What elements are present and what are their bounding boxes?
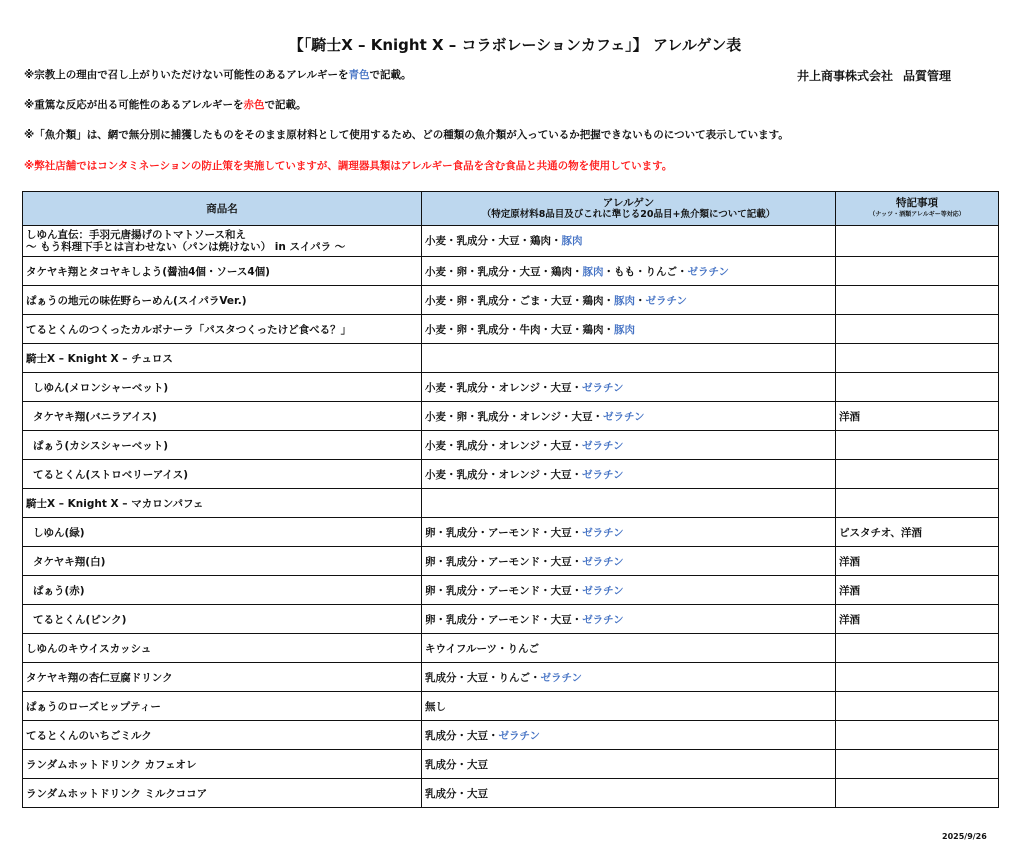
table-row: ランダムホットドリンク ミルクココア 乳成分・大豆	[23, 779, 999, 808]
header-product: 商品名	[23, 192, 422, 226]
notes-cell	[836, 721, 999, 750]
allergen-cell: 卵・乳成分・アーモンド・大豆・ゼラチン	[422, 518, 836, 547]
document-date: 2025/9/26	[942, 832, 987, 841]
product-name: タケヤキ翔の杏仁豆腐ドリンク	[23, 663, 422, 692]
notes-cell	[836, 431, 999, 460]
notes-cell	[836, 489, 999, 518]
table-row: てるとくん(ストロベリーアイス) 小麦・乳成分・オレンジ・大豆・ゼラチン	[23, 460, 999, 489]
allergen-cell: 卵・乳成分・アーモンド・大豆・ゼラチン	[422, 576, 836, 605]
allergen-cell: 乳成分・大豆	[422, 750, 836, 779]
section-blank	[422, 489, 836, 518]
allergen-cell: 卵・乳成分・アーモンド・大豆・ゼラチン	[422, 605, 836, 634]
allergen-cell: 乳成分・大豆・ゼラチン	[422, 721, 836, 750]
product-name: ぱぁうの地元の味佐野らーめん(スイパラVer.)	[23, 286, 422, 315]
notes-cell	[836, 286, 999, 315]
notes-cell: 洋酒	[836, 576, 999, 605]
notes-cell	[836, 779, 999, 808]
allergen-cell: 乳成分・大豆	[422, 779, 836, 808]
product-name: ぱぁう(赤)	[23, 576, 422, 605]
notes-cell: 洋酒	[836, 547, 999, 576]
product-name: ぱぁうのローズヒップティー	[23, 692, 422, 721]
note-severe: ※重篤な反応が出る可能性のあるアレルギーを赤色で記載。	[24, 97, 307, 112]
allergen-cell: 小麦・乳成分・大豆・鶏肉・豚肉	[422, 226, 836, 257]
allergen-cell: 卵・乳成分・アーモンド・大豆・ゼラチン	[422, 547, 836, 576]
notes-cell	[836, 373, 999, 402]
allergen-cell: 小麦・卵・乳成分・大豆・鶏肉・豚肉・もも・りんご・ゼラチン	[422, 257, 836, 286]
table-row: しゆん(メロンシャーベット) 小麦・乳成分・オレンジ・大豆・ゼラチン	[23, 373, 999, 402]
table-row: しゆん(緑) 卵・乳成分・アーモンド・大豆・ゼラチン ピスタチオ、洋酒	[23, 518, 999, 547]
table-row: タケヤキ翔(バニラアイス) 小麦・卵・乳成分・オレンジ・大豆・ゼラチン 洋酒	[23, 402, 999, 431]
product-name: タケヤキ翔(バニラアイス)	[23, 402, 422, 431]
notes-cell: 洋酒	[836, 402, 999, 431]
product-name: しゆん(メロンシャーベット)	[23, 373, 422, 402]
table-row: タケヤキ翔の杏仁豆腐ドリンク 乳成分・大豆・りんご・ゼラチン	[23, 663, 999, 692]
allergen-cell: 乳成分・大豆・りんご・ゼラチン	[422, 663, 836, 692]
section-blank	[422, 344, 836, 373]
table-row: しゆん直伝：手羽元唐揚げのトマトソース和え～ もう料理下手とは言わせない（パンは…	[23, 226, 999, 257]
table-row: ぱぁう(赤) 卵・乳成分・アーモンド・大豆・ゼラチン 洋酒	[23, 576, 999, 605]
allergen-cell: 小麦・卵・乳成分・ごま・大豆・鶏肉・豚肉・ゼラチン	[422, 286, 836, 315]
table-row: タケヤキ翔とタコヤキしよう(醤油4個・ソース4個) 小麦・卵・乳成分・大豆・鶏肉…	[23, 257, 999, 286]
product-name: ランダムホットドリンク カフェオレ	[23, 750, 422, 779]
notes-cell	[836, 344, 999, 373]
section-row: 騎士X – Knight X – マカロンパフェ	[23, 489, 999, 518]
note-seafood: ※「魚介類」は、網で無分別に捕獲したものをそのまま原材料として使用するため、どの…	[24, 127, 789, 142]
allergen-cell: キウイフルーツ・りんご	[422, 634, 836, 663]
header-allergen: アレルゲン（特定原材料8品目及びこれに準じる20品目+魚介類について記載）	[422, 192, 836, 226]
product-name: ランダムホットドリンク ミルクココア	[23, 779, 422, 808]
notes-cell: ピスタチオ、洋酒	[836, 518, 999, 547]
table-row: てるとくん(ピンク) 卵・乳成分・アーモンド・大豆・ゼラチン 洋酒	[23, 605, 999, 634]
section-row: 騎士X – Knight X – チュロス	[23, 344, 999, 373]
notes-cell	[836, 692, 999, 721]
notes-cell	[836, 634, 999, 663]
allergen-cell: 無し	[422, 692, 836, 721]
product-name: てるとくんのいちごミルク	[23, 721, 422, 750]
allergen-cell: 小麦・乳成分・オレンジ・大豆・ゼラチン	[422, 373, 836, 402]
notes-cell	[836, 257, 999, 286]
table-row: ランダムホットドリンク カフェオレ 乳成分・大豆	[23, 750, 999, 779]
header-notes: 特記事項（ナッツ・酒類アレルギー等対応）	[836, 192, 999, 226]
product-name: しゆん(緑)	[23, 518, 422, 547]
allergen-cell: 小麦・卵・乳成分・牛肉・大豆・鶏肉・豚肉	[422, 315, 836, 344]
table-row: タケヤキ翔(白) 卵・乳成分・アーモンド・大豆・ゼラチン 洋酒	[23, 547, 999, 576]
table-row: ぱぁうの地元の味佐野らーめん(スイパラVer.) 小麦・卵・乳成分・ごま・大豆・…	[23, 286, 999, 315]
notes-cell	[836, 460, 999, 489]
table-header-row: 商品名 アレルゲン（特定原材料8品目及びこれに準じる20品目+魚介類について記載…	[23, 192, 999, 226]
product-name: てるとくんのつくったカルボナーラ「パスタつくったけど食べる？」	[23, 315, 422, 344]
notes-cell	[836, 750, 999, 779]
notes-cell	[836, 226, 999, 257]
product-name: タケヤキ翔(白)	[23, 547, 422, 576]
product-name: しゆんのキウイスカッシュ	[23, 634, 422, 663]
notes-cell	[836, 663, 999, 692]
section-title: 騎士X – Knight X – マカロンパフェ	[23, 489, 422, 518]
table-row: てるとくんのいちごミルク 乳成分・大豆・ゼラチン	[23, 721, 999, 750]
section-title: 騎士X – Knight X – チュロス	[23, 344, 422, 373]
product-name: ぱぁう(カシスシャーベット)	[23, 431, 422, 460]
table-row: てるとくんのつくったカルボナーラ「パスタつくったけど食べる？」 小麦・卵・乳成分…	[23, 315, 999, 344]
allergen-table: 商品名 アレルゲン（特定原材料8品目及びこれに準じる20品目+魚介類について記載…	[22, 191, 999, 808]
table-row: ぱぁうのローズヒップティー 無し	[23, 692, 999, 721]
allergen-cell: 小麦・乳成分・オレンジ・大豆・ゼラチン	[422, 460, 836, 489]
page-title: 【「騎士X – Knight X – コラボレーションカフェ」】 アレルゲン表	[0, 34, 1026, 55]
product-name: タケヤキ翔とタコヤキしよう(醤油4個・ソース4個)	[23, 257, 422, 286]
allergen-cell: 小麦・乳成分・オレンジ・大豆・ゼラチン	[422, 431, 836, 460]
product-name: てるとくん(ピンク)	[23, 605, 422, 634]
product-name: しゆん直伝：手羽元唐揚げのトマトソース和え～ もう料理下手とは言わせない（パンは…	[23, 226, 422, 257]
note-religious: ※宗教上の理由で召し上がりいただけない可能性のあるアレルギーを青色で記載。	[24, 67, 412, 82]
notes-cell: 洋酒	[836, 605, 999, 634]
note-contamination: ※弊社店舗ではコンタミネーションの防止策を実施していますが、調理器具類はアレルギ…	[24, 158, 672, 173]
company-label: 井上商事株式会社品質管理	[797, 67, 951, 84]
table-row: しゆんのキウイスカッシュ キウイフルーツ・りんご	[23, 634, 999, 663]
notes-cell	[836, 315, 999, 344]
table-row: ぱぁう(カシスシャーベット) 小麦・乳成分・オレンジ・大豆・ゼラチン	[23, 431, 999, 460]
product-name: てるとくん(ストロベリーアイス)	[23, 460, 422, 489]
allergen-cell: 小麦・卵・乳成分・オレンジ・大豆・ゼラチン	[422, 402, 836, 431]
